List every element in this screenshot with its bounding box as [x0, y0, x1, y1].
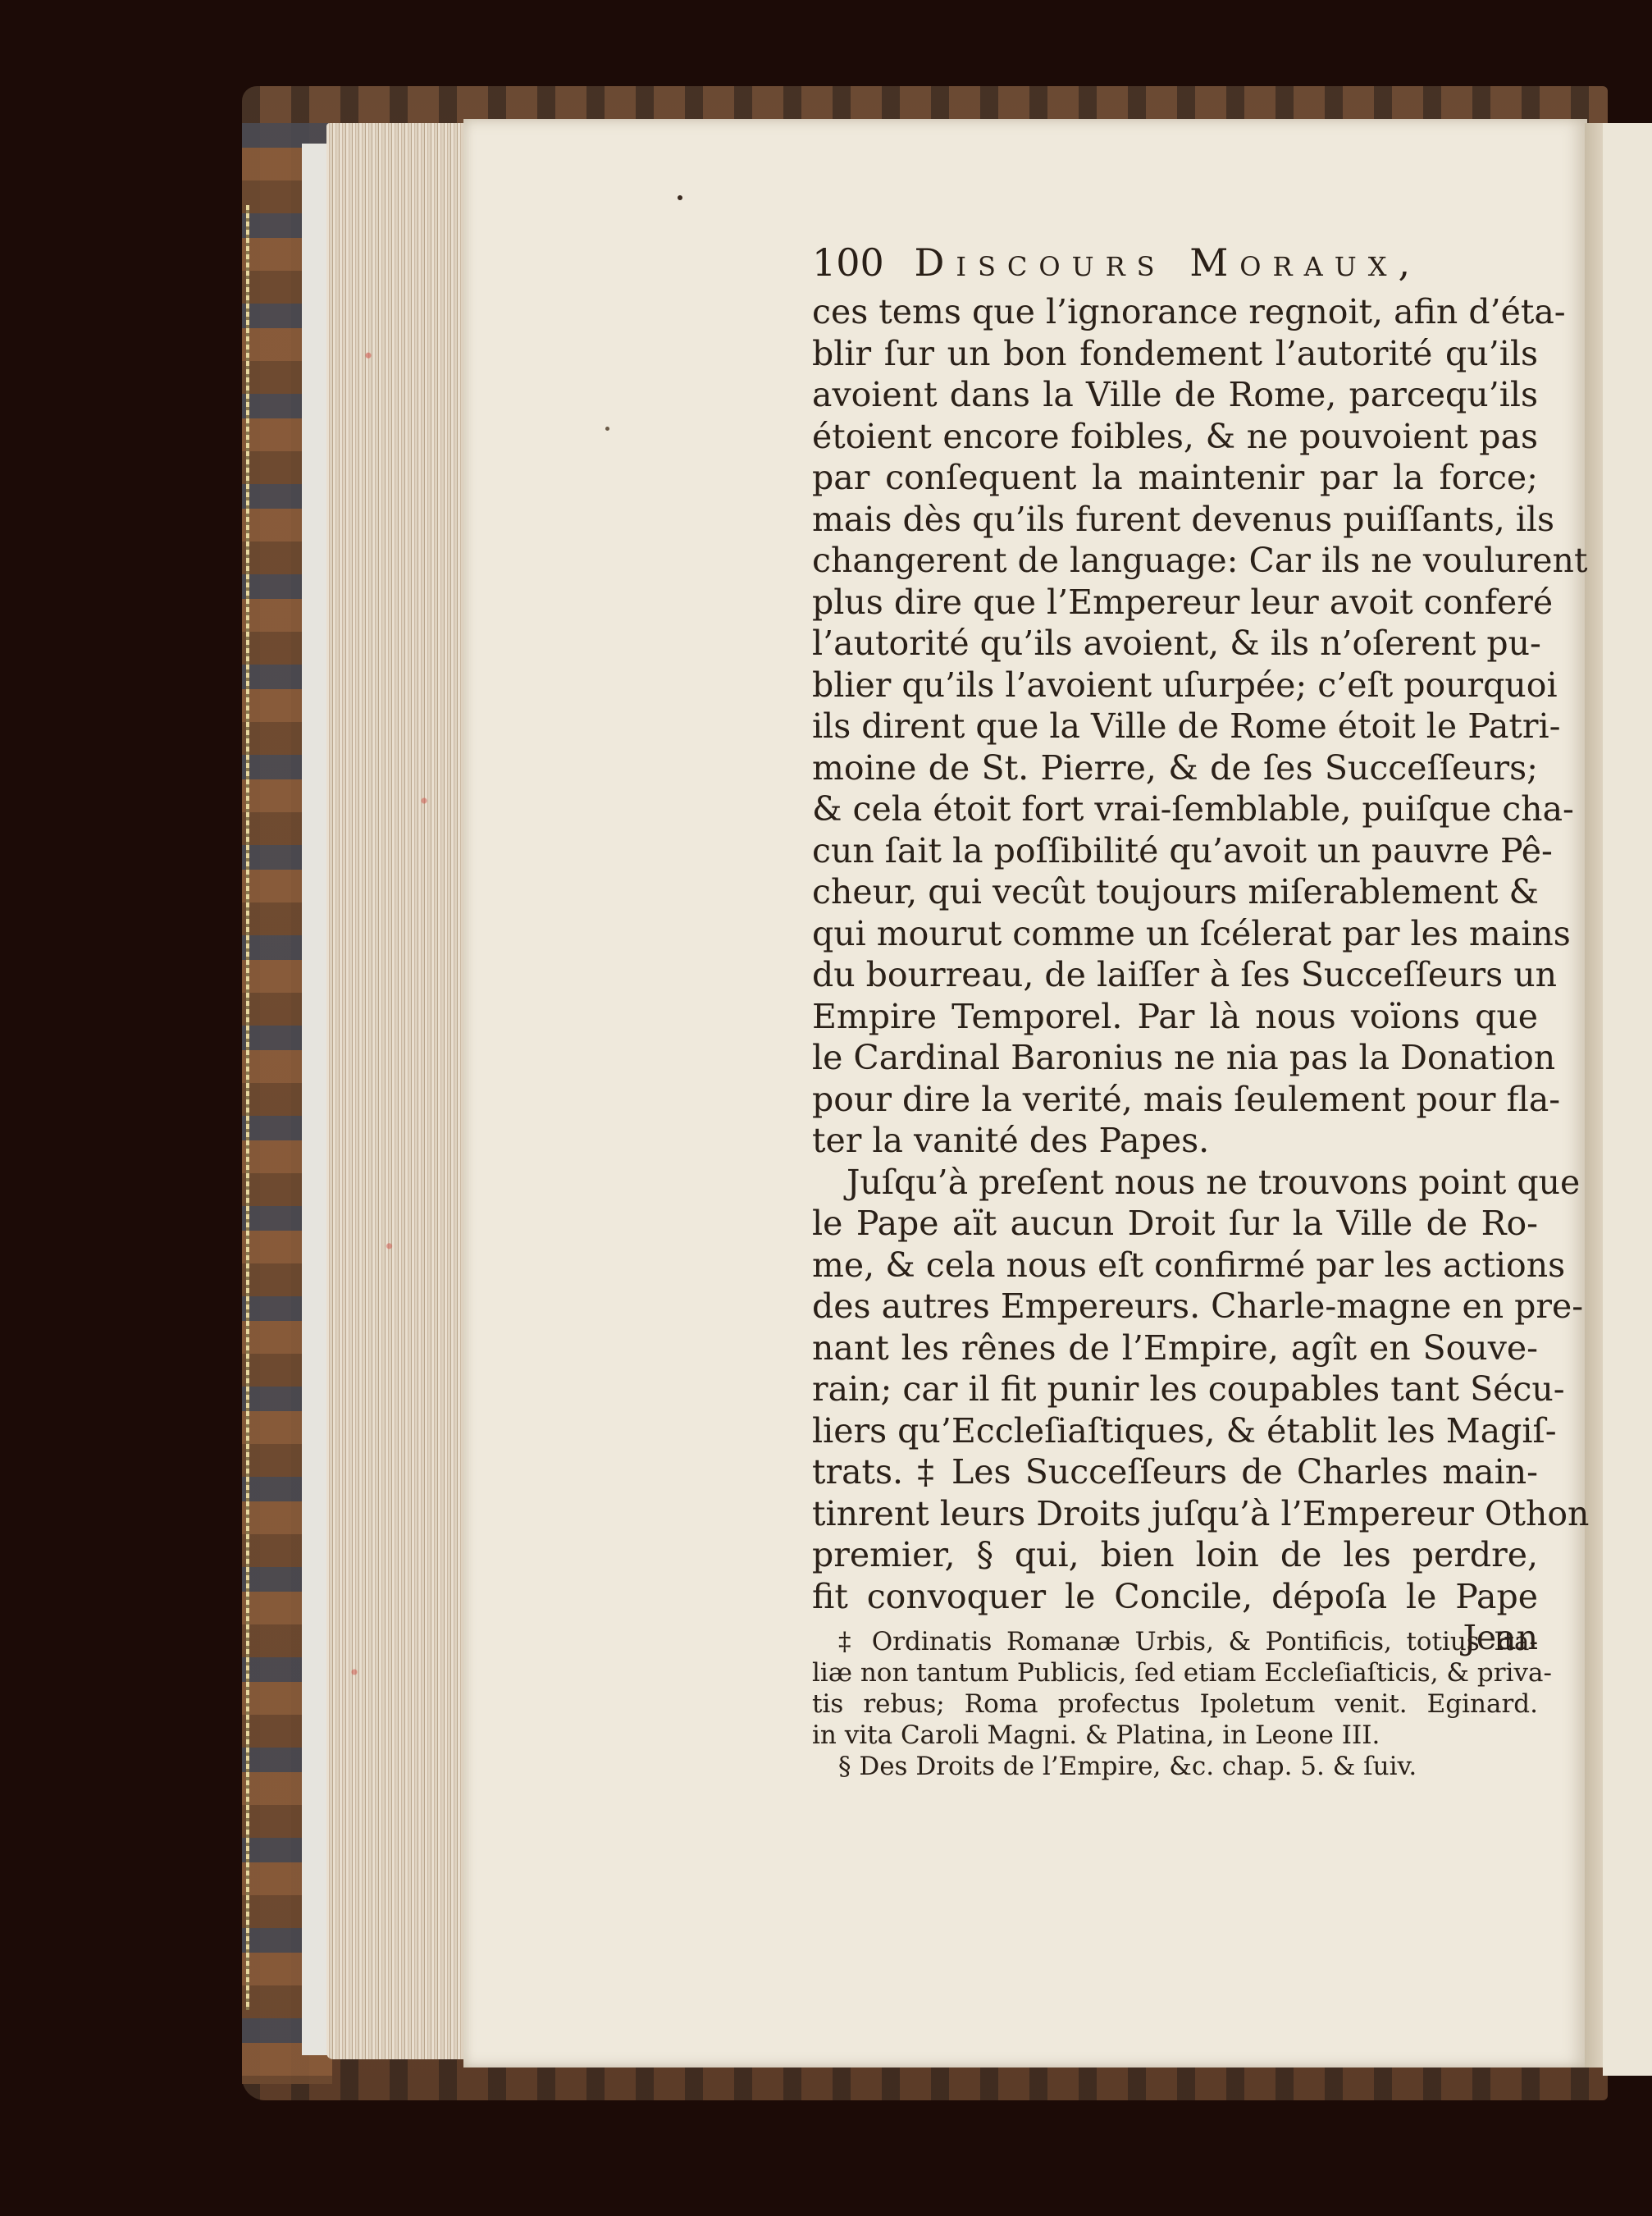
page-gutter: [1585, 123, 1603, 2068]
footnotes: ‡ Ordinatis Romanæ Urbis, & Pontificis, …: [812, 1626, 1538, 1782]
facing-page-edge: [1603, 123, 1652, 2076]
text-line: tinrent leurs Droits juſqu’à l’Empereur …: [812, 1493, 1538, 1535]
text-line: blir ſur un bon fondement l’autorité qu’…: [812, 333, 1538, 375]
body-text: ces tems que l’ignorance regnoit, afin d…: [812, 291, 1538, 1659]
gilt-tooling: [246, 205, 249, 2010]
text-line: liers qu’Eccleſiaſtiques, & établit les …: [812, 1410, 1538, 1452]
text-line: trats. ‡ Les Succeſſeurs de Charles main…: [812, 1451, 1538, 1493]
running-head: 100 Discours Moraux,: [812, 238, 1550, 287]
text-line: le Pape aït aucun Droit ſur la Ville de …: [812, 1203, 1538, 1245]
text-line: qui mourut comme un ſcélerat par les mai…: [812, 913, 1538, 955]
text-line: blier qu’ils l’avoient uſurpée; c’eſt po…: [812, 665, 1538, 706]
text-line: premier, § qui, bien loin de les perdre,: [812, 1534, 1538, 1576]
footnote-line: liæ non tantum Publicis, ſed etiam Eccle…: [812, 1657, 1538, 1688]
text-line: par conſequent la maintenir par la force…: [812, 457, 1538, 499]
ink-speck: [605, 427, 609, 431]
page-number: 100: [812, 240, 884, 285]
text-line: plus dire que l’Empereur leur avoit conf…: [812, 582, 1538, 624]
running-title: Discours Moraux,: [914, 240, 1422, 285]
footnote-line: tis rebus; Roma profectus Ipoletum venit…: [812, 1688, 1538, 1720]
text-line: ces tems que l’ignorance regnoit, afin d…: [812, 291, 1538, 333]
text-line: moine de St. Pierre, & de ſes Succeſſeur…: [812, 747, 1538, 789]
text-line: ils dirent que la Ville de Rome étoit le…: [812, 706, 1538, 747]
text-line: rain; car il fit punir les coupables tan…: [812, 1368, 1538, 1410]
text-line: le Cardinal Baronius ne nia pas la Donat…: [812, 1037, 1538, 1079]
text-line: du bourreau, de laiſſer à ſes Succeſſeur…: [812, 954, 1538, 996]
text-line: cheur, qui vecût toujours miſerablement …: [812, 871, 1538, 913]
text-line: l’autorité qu’ils avoient, & ils n’oſere…: [812, 623, 1538, 665]
page-block-edge: [326, 123, 466, 2059]
text-line: me, & cela nous eſt confirmé par les act…: [812, 1245, 1538, 1286]
footnote-line: in vita Caroli Magni. & Platina, in Leon…: [812, 1720, 1538, 1751]
footnote-line: § Des Droits de l’Empire, &c. chap. 5. &…: [812, 1751, 1538, 1782]
footnote-line: ‡ Ordinatis Romanæ Urbis, & Pontificis, …: [812, 1626, 1538, 1657]
text-line: & cela étoit fort vrai-ſemblable, puiſqu…: [812, 788, 1538, 830]
text-line: fit convoquer le Concile, dépoſa le Pape: [812, 1576, 1538, 1618]
text-line: cun ſait la poſſibilité qu’avoit un pauv…: [812, 830, 1538, 872]
text-line: mais dès qu’ils furent devenus puiſſants…: [812, 499, 1538, 541]
paragraph-start-line: Juſqu’à preſent nous ne trouvons point q…: [812, 1162, 1538, 1204]
text-line: avoient dans la Ville de Rome, parcequ’i…: [812, 374, 1538, 416]
text-line: nant les rênes de l’Empire, agît en Souv…: [812, 1327, 1538, 1369]
text-line: étoient encore foibles, & ne pouvoient p…: [812, 416, 1538, 458]
text-line: changerent de language: Car ils ne voulu…: [812, 540, 1538, 582]
ink-speck: [678, 195, 682, 200]
text-line: des autres Empereurs. Charle-magne en pr…: [812, 1286, 1538, 1327]
text-line: Empire Temporel. Par là nous voïons que: [812, 996, 1538, 1038]
text-line: pour dire la verité, mais ſeulement pour…: [812, 1079, 1538, 1121]
text-line: ter la vanité des Papes.: [812, 1120, 1538, 1162]
